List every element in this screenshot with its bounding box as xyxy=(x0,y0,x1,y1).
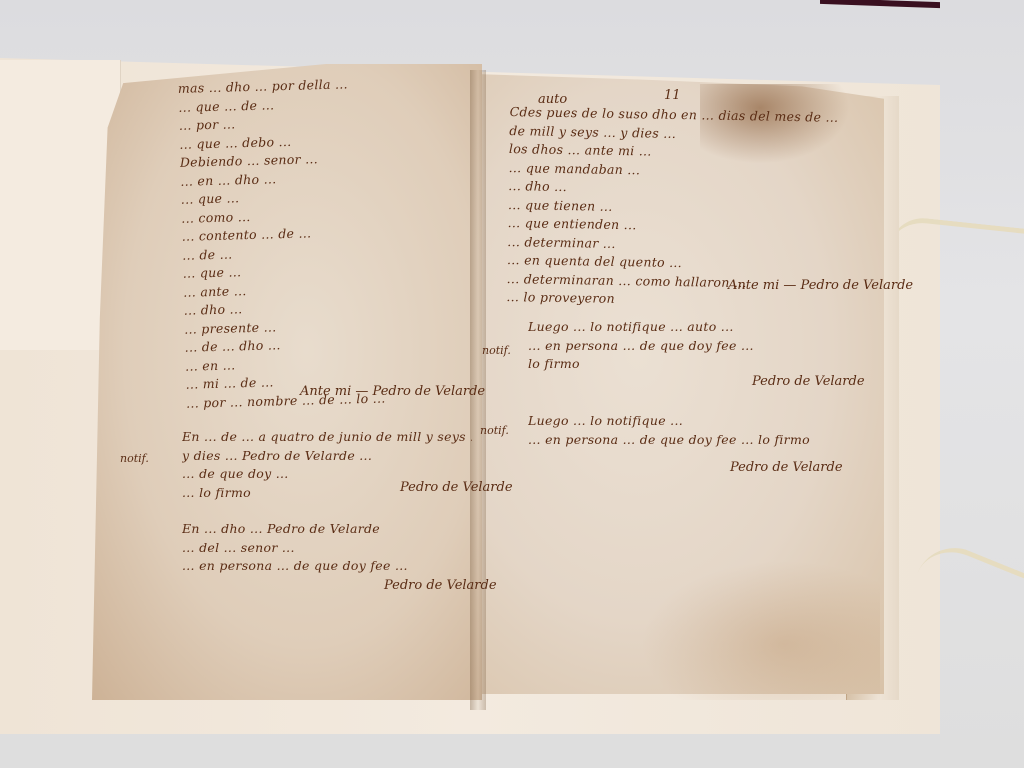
signature: Pedro de Velarde xyxy=(384,578,497,593)
margin-note: notif. xyxy=(480,424,509,437)
text-line: ... del ... senor ... xyxy=(182,539,472,558)
right-paragraph-3: Luego ... lo notifique ... ... en person… xyxy=(528,412,848,449)
text-line: En ... dho ... Pedro de Velarde xyxy=(182,520,472,539)
margin-note: notif. xyxy=(120,452,149,465)
text-line: Luego ... lo notifique ... xyxy=(528,412,848,431)
text-line: En ... de ... a quatro de junio de mill … xyxy=(182,428,472,447)
dark-object-edge xyxy=(820,0,940,8)
text-line: ... en persona ... de que doy fee ... xyxy=(528,337,848,356)
left-paragraph-3: En ... dho ... Pedro de Velarde ... del … xyxy=(182,520,472,576)
left-paragraph-1: mas ... dho ... por della ... ... que ..… xyxy=(178,72,477,412)
text-line: lo firmo xyxy=(528,355,848,374)
water-stain-bottom xyxy=(640,560,880,700)
text-line: Luego ... lo notifique ... auto ... xyxy=(528,318,848,337)
margin-note: notif. xyxy=(482,344,511,357)
signature: Pedro de Velarde xyxy=(730,460,843,475)
text-line: y dies ... Pedro de Velarde ... xyxy=(182,447,472,466)
signature: Pedro de Velarde xyxy=(400,480,513,495)
signature: Ante mi — Pedro de Velarde xyxy=(300,384,485,399)
folio-mark: 11 xyxy=(664,88,681,103)
right-paragraph-2: Luego ... lo notifique ... auto ... ... … xyxy=(528,318,848,374)
signature: Ante mi — Pedro de Velarde xyxy=(728,278,913,293)
signature: Pedro de Velarde xyxy=(752,374,865,389)
text-line: ... en persona ... de que doy fee ... xyxy=(182,557,472,576)
text-line: ... en persona ... de que doy fee ... lo… xyxy=(528,431,848,450)
